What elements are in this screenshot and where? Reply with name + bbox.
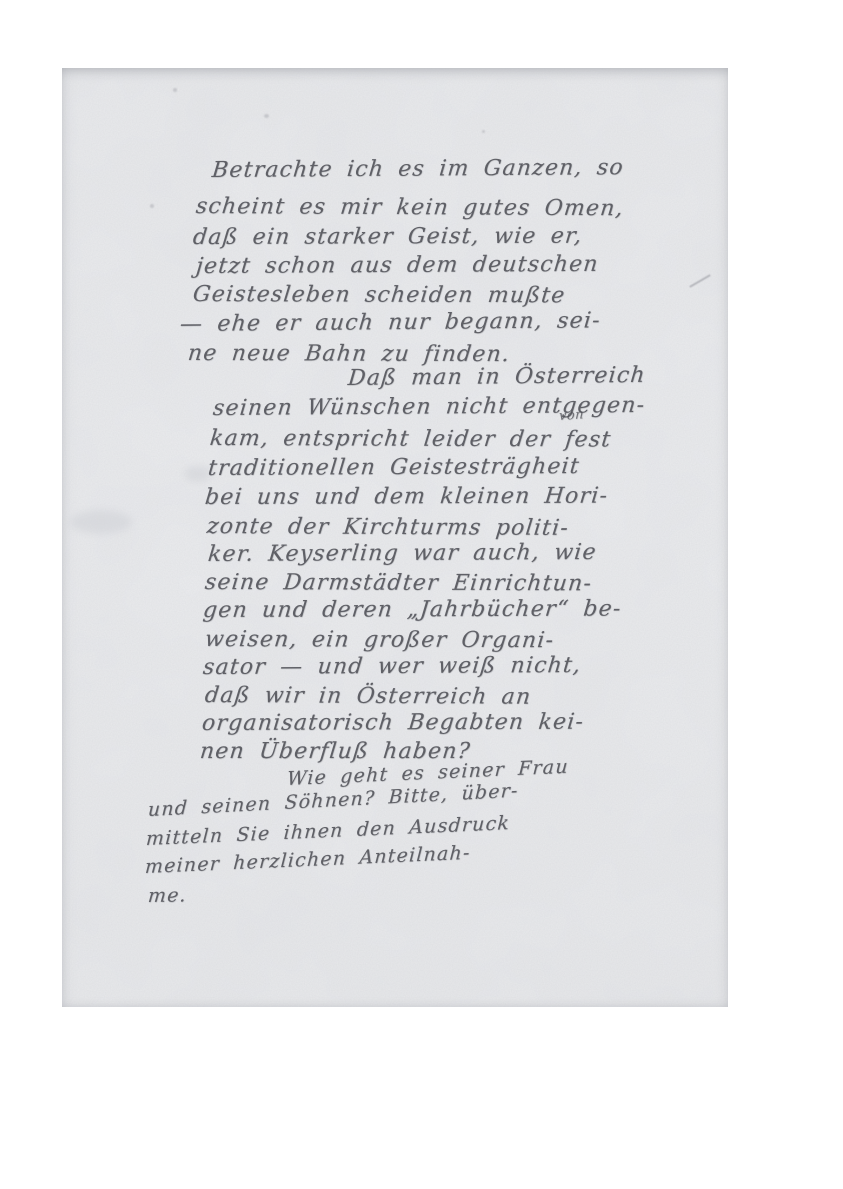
- handwritten-line: gen und deren „Jahrbücher“ be-: [202, 597, 623, 623]
- handwritten-line: zonte der Kirchturms politi-: [206, 514, 571, 541]
- scan-canvas: Betrachte ich es im Ganzen, soscheint es…: [0, 0, 843, 1189]
- handwriting-layer: Betrachte ich es im Ganzen, soscheint es…: [62, 68, 728, 1007]
- handwritten-line: bei uns und dem kleinen Hori-: [204, 484, 610, 510]
- handwritten-line: Geistesleben scheiden mußte: [192, 282, 567, 308]
- handwritten-line: weisen, ein großer Organi-: [204, 627, 556, 653]
- handwritten-line: me.: [147, 884, 188, 907]
- handwritten-line: sator — und wer weiß nicht,: [202, 653, 583, 680]
- handwritten-line: — ehe er auch nur begann, sei-: [179, 308, 602, 337]
- inserted-word: von: [559, 407, 585, 424]
- handwritten-line: ne neue Bahn zu finden.: [187, 341, 512, 367]
- handwritten-line: daß wir in Österreich an: [204, 683, 533, 710]
- handwritten-line: Daß man in Österreich: [347, 363, 647, 391]
- handwritten-line: daß ein starker Geist, wie er,: [192, 224, 584, 250]
- handwritten-line: Betrachte ich es im Ganzen, so: [211, 155, 625, 183]
- handwritten-line: seine Darmstädter Einrichtun-: [204, 570, 594, 596]
- letter-paper: Betrachte ich es im Ganzen, soscheint es…: [62, 68, 728, 1007]
- handwritten-line: organisatorisch Begabten kei-: [201, 710, 586, 736]
- handwritten-line: traditionellen Geistesträgheit: [207, 454, 581, 481]
- handwritten-line: scheint es mir kein gutes Omen,: [195, 194, 626, 221]
- handwritten-line: nen Überfluß haben?: [199, 739, 472, 764]
- handwritten-line: ker. Keyserling war auch, wie: [207, 540, 598, 567]
- handwritten-line: kam, entspricht leider der fest: [209, 426, 613, 452]
- handwritten-line: jetzt schon aus dem deutschen: [195, 252, 600, 279]
